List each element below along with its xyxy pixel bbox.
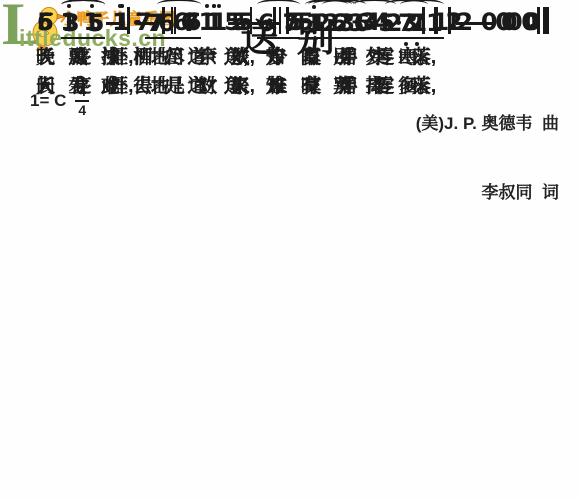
note-digit: 3 (61, 11, 80, 35)
note-cell: 5 (36, 10, 55, 34)
lyric-syllable: 生 (68, 71, 87, 98)
repeat-end-barline (530, 7, 549, 34)
composer-credit: (美)J. P. 奥德韦 曲 (416, 112, 559, 135)
lyric-syllable: 聚, (231, 71, 255, 98)
lyric-syllable: 惟 (268, 71, 287, 98)
lyric-syllable: 别 (333, 71, 352, 98)
thin-barline (537, 7, 540, 34)
note-digit: 1 (205, 10, 224, 34)
lyrics-row-verse1: 一瓢浊酒尽余欢,今宵别梦寒。 (36, 42, 436, 69)
repeat-colon (530, 13, 534, 28)
lyric-syllable: 寒。 (398, 42, 436, 69)
barline (171, 7, 174, 34)
barline (422, 7, 425, 34)
note-digit: 6 (180, 10, 199, 34)
note-cell: 0 (505, 10, 524, 34)
repeat-dot (530, 24, 534, 28)
note-digit: 3 (338, 11, 357, 35)
lyrics-row-verse2: 人生难得是欢聚,惟有别离多。 (36, 71, 436, 98)
duration-dash (456, 22, 473, 26)
note-cell: 23 (313, 11, 356, 39)
note-digit: 7 (397, 11, 416, 35)
lyric-syllable: 离 (366, 71, 385, 98)
augmentation-dot (134, 20, 139, 25)
note-digit: 5 (86, 11, 105, 35)
repeat-dot (530, 13, 534, 17)
lyric-syllable: 欢 (198, 71, 217, 98)
note-digit: 5 (230, 10, 249, 34)
note-cell: 5 (288, 10, 307, 34)
lyric-syllable: 难 (101, 71, 120, 98)
lyricist-credit: 李叔同 词 (416, 181, 559, 204)
barline (279, 7, 282, 34)
lyric-syllable: 欢, (231, 42, 255, 69)
lyric-syllable: 是 (166, 71, 185, 98)
high-octave-dot (212, 4, 216, 8)
lyric-syllable: 得 (133, 71, 152, 98)
music-system-4: 5351761552347100 一瓢浊酒尽余欢,今宵别梦寒。 人生难得是欢聚,… (36, 0, 549, 98)
note-digit: 5 (36, 10, 55, 34)
lyric-syllable: 今 (268, 42, 287, 69)
duration-dash (255, 22, 272, 26)
note-digit: 5 (288, 10, 307, 34)
note-cell: 6 (180, 10, 199, 34)
note-cell: 35 (61, 11, 104, 39)
high-octave-dot (118, 4, 122, 8)
note-digit: 7 (145, 11, 164, 35)
note-digit: 1 (111, 10, 130, 34)
lyric-syllable: 酒 (133, 42, 152, 69)
note-cell: 1 (431, 10, 450, 34)
note-digit: 4 (363, 10, 382, 34)
lyric-syllable: 瓢 (68, 42, 87, 69)
lyric-syllable: 人 (36, 71, 55, 98)
lyric-syllable: 多。 (398, 71, 436, 98)
low-octave-dot (404, 42, 408, 46)
note-cell: 5 (230, 10, 249, 34)
note-cell: 4 (363, 10, 391, 34)
lyric-syllable: 别 (333, 42, 352, 69)
notes-row: 5351761552347100 (36, 0, 549, 34)
lyric-syllable: 有 (301, 71, 320, 98)
note-cell: 0 (480, 10, 499, 34)
lyric-syllable: 梦 (366, 42, 385, 69)
lyric-syllable: 尽 (166, 42, 185, 69)
note-digit: 2 (313, 11, 332, 35)
lyric-syllable: 浊 (101, 42, 120, 69)
lyric-syllable: 一 (36, 42, 55, 69)
augmentation-dot (385, 20, 390, 25)
note-cell: 7 (397, 11, 416, 39)
note-digit: 0 (505, 10, 524, 34)
thick-barline (543, 7, 549, 34)
note-cell: 1 (205, 10, 224, 34)
note-cell: 1 (111, 10, 139, 34)
note-digit: 1 (431, 10, 450, 34)
meter-denominator: 4 (78, 102, 86, 118)
lyric-syllable: 宵 (301, 42, 320, 69)
lyric-syllable: 余 (198, 42, 217, 69)
sheet-music-page: L 小鸭子儿童乐园 ittleducks.cn 送 别 (美)J. P. 奥德韦… (0, 0, 579, 500)
note-digit: 0 (480, 10, 499, 34)
note-cell: 7 (145, 11, 164, 39)
